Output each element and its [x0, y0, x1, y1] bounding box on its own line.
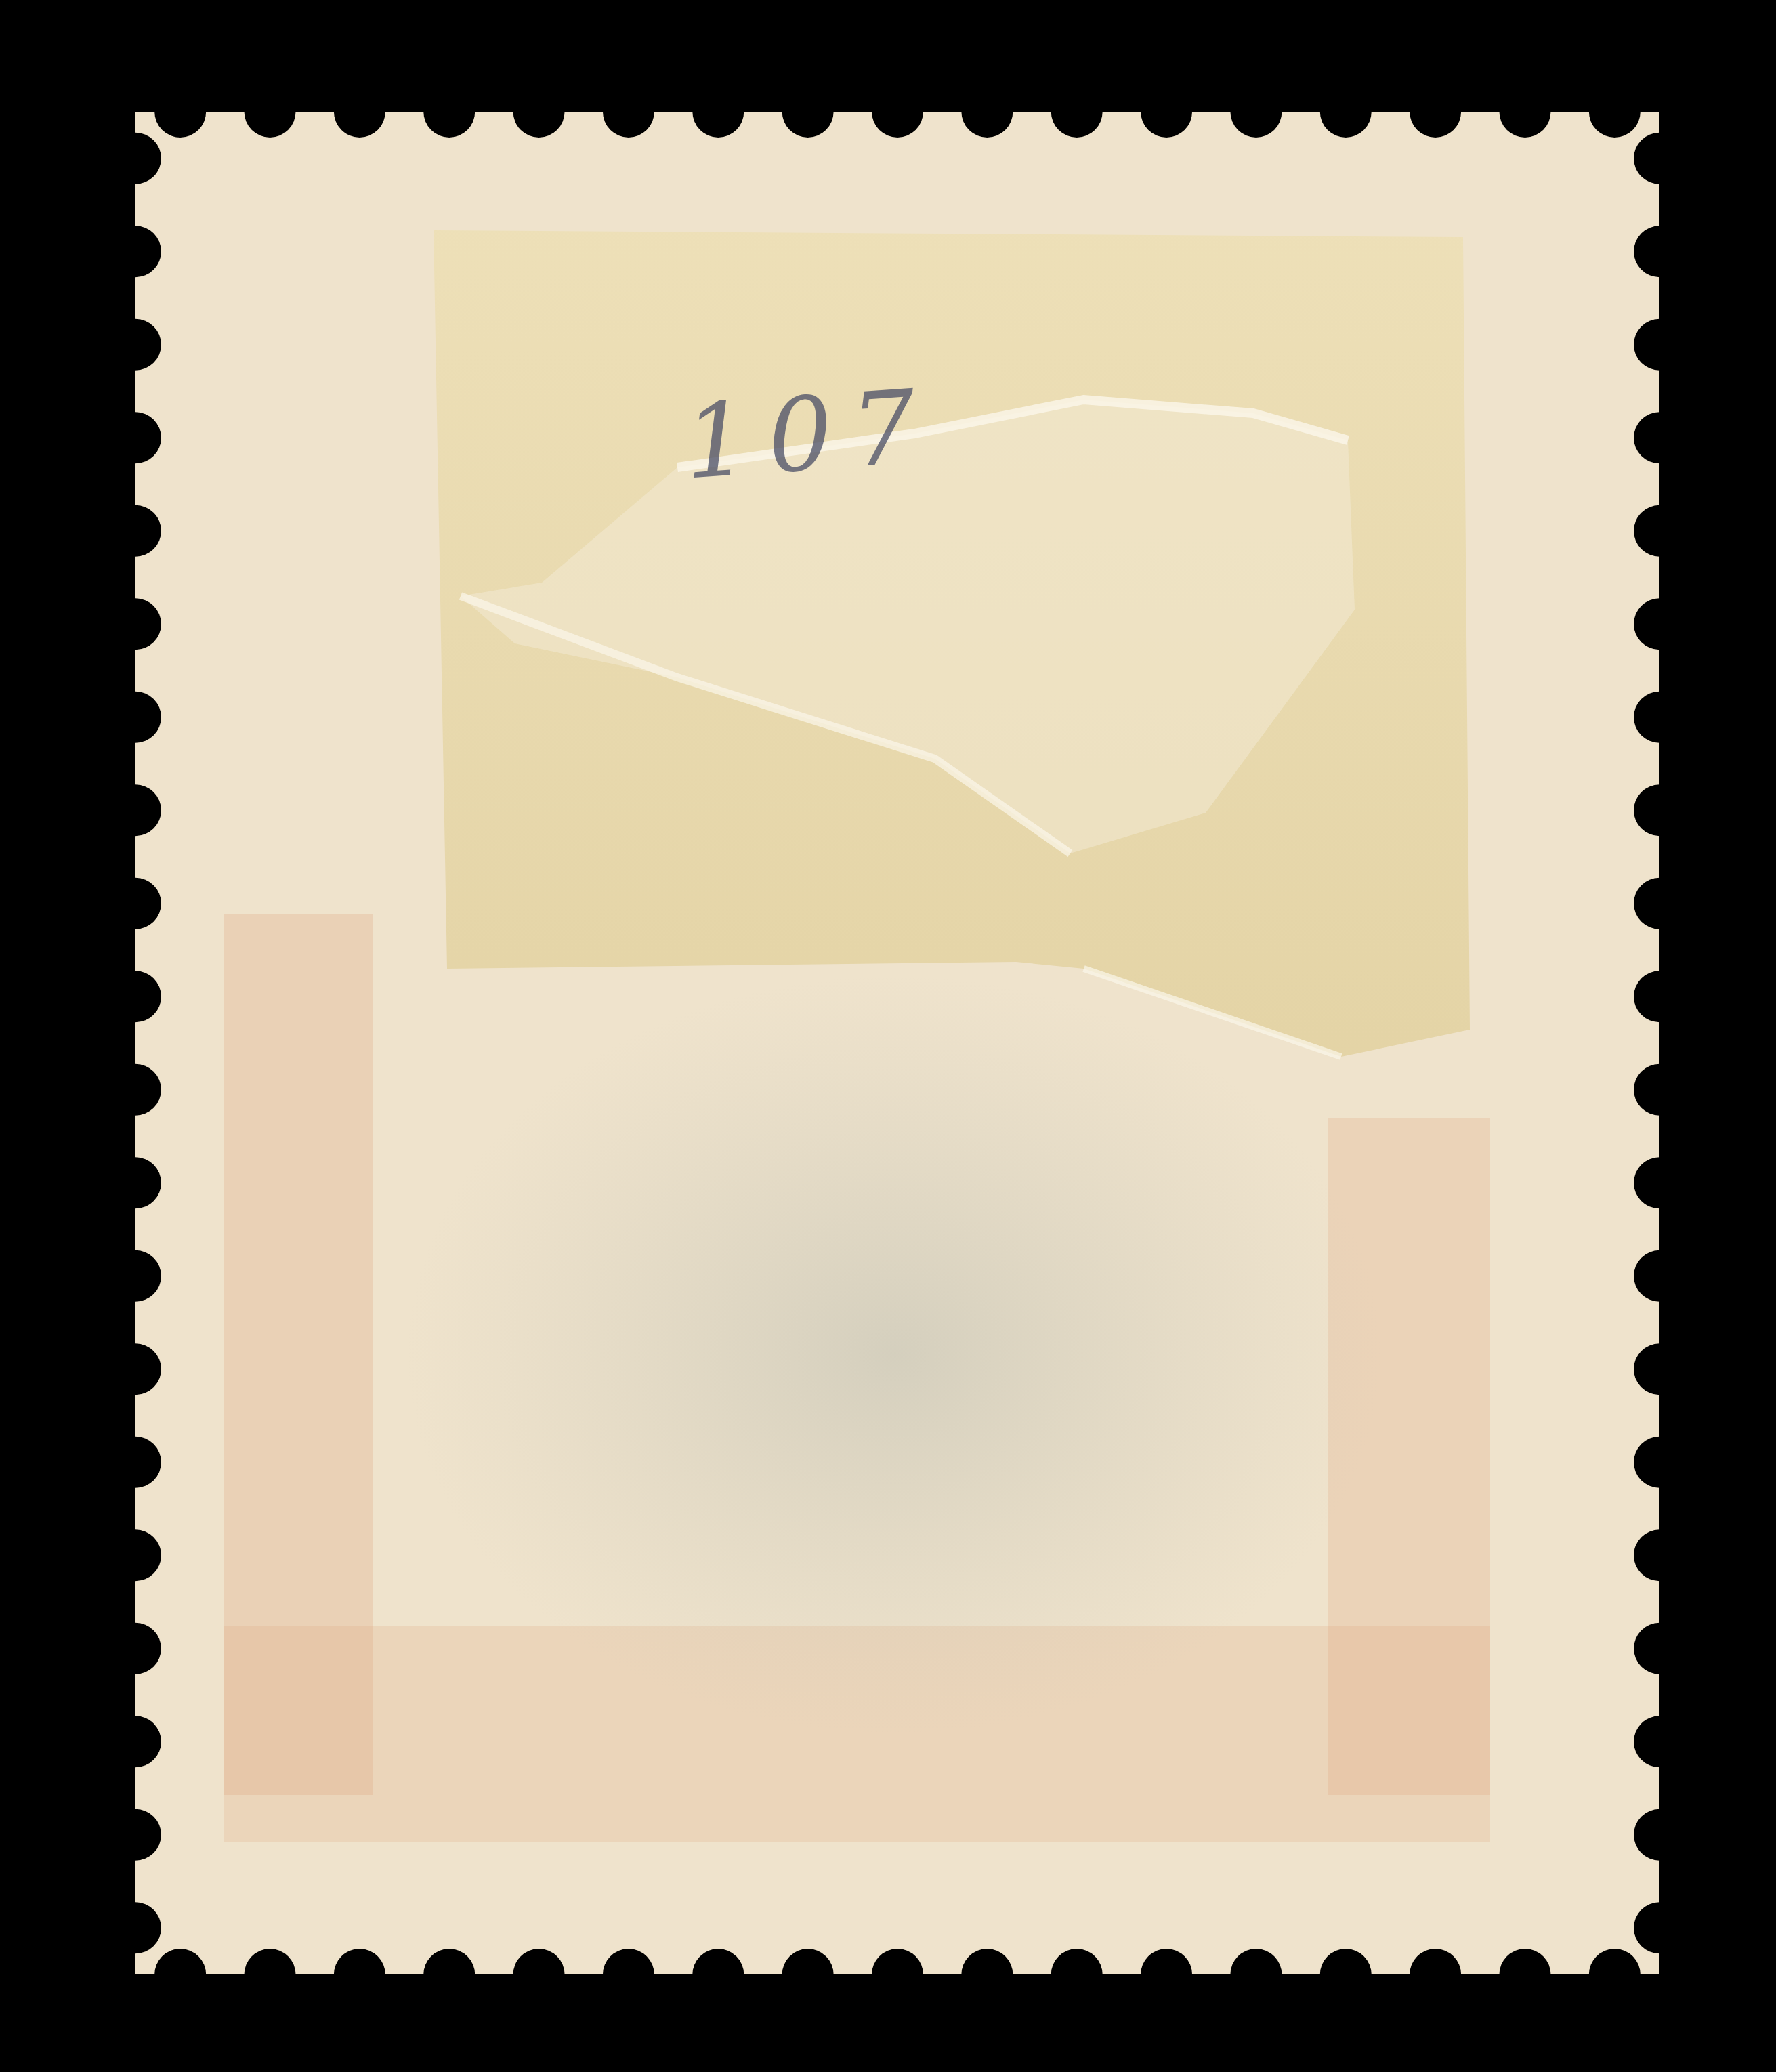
show-through-center — [406, 975, 1382, 1734]
pencil-notation: 107 — [680, 367, 939, 502]
stamp-photo — [0, 0, 1776, 2072]
